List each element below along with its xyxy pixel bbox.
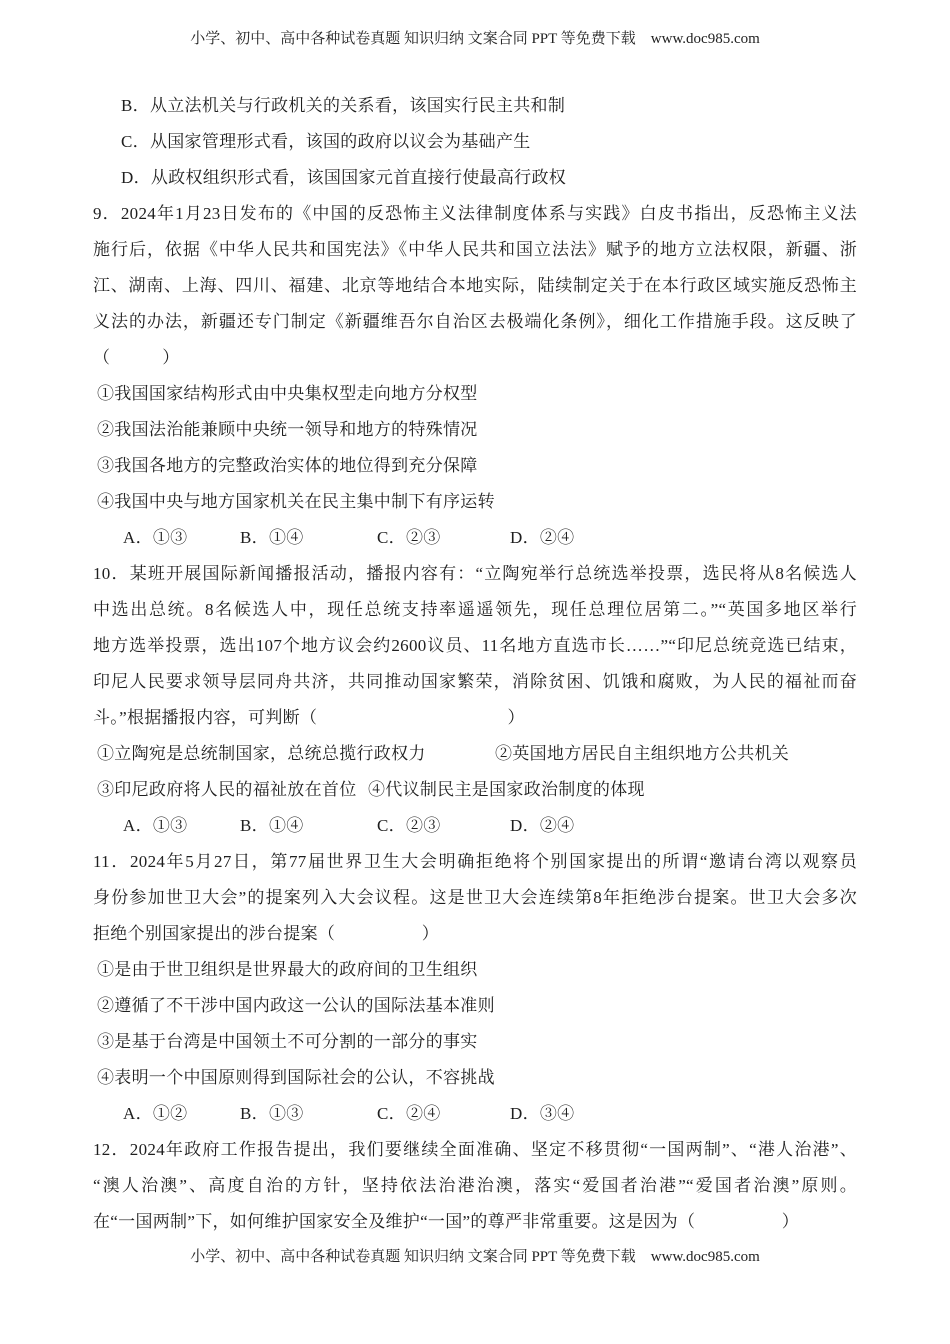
q10-stem-line: 地方选举投票，选出107个地方议会约2600议员、11名地方直选市长……”“印尼… [93,628,857,664]
q10-answer-b: B．①④ [240,808,377,844]
q10-stem-line: 印尼人民要求领导层同舟共济，共同推动国家繁荣，消除贫困、饥饿和腐败，为人民的福祉… [93,664,857,700]
q10-subitem-2: ②英国地方居民自主组织地方公共机关 [495,744,789,763]
header-site-url: www.doc985.com [651,31,760,47]
q11-answer-c: C．②④ [377,1096,510,1132]
q9-answer-c: C．②③ [377,520,510,556]
q11-answer-row: A．①②B．①③C．②④D．③④ [93,1096,857,1132]
header-site-text: 小学、初中、高中各种试卷真题 知识归纳 文案合同 PPT 等免费下载 [190,31,636,47]
footer-site-text: 小学、初中、高中各种试卷真题 知识归纳 文案合同 PPT 等免费下载 [190,1249,636,1265]
q12-stem-line: 12．2024年政府工作报告提出，我们要继续全面准确、坚定不移贯彻“一国两制”、… [93,1132,857,1168]
q8-option-c: C．从国家管理形式看，该国的政府以议会为基础产生 [93,124,857,160]
q9-stem-line: （ ） [93,340,857,376]
q10-stem-line: 斗。”根据播报内容，可判断（ ） [93,700,857,736]
q10-subitem-1: ①立陶宛是总统制国家，总统总揽行政权力 [97,736,495,772]
q9-stem-line: 义法的办法，新疆还专门制定《新疆维吾尔自治区去极端化条例》，细化工作措施手段。这… [93,304,857,340]
q9-subitem-3: ③我国各地方的完整政治实体的地位得到充分保障 [93,448,857,484]
q11-answer-a: A．①② [123,1096,240,1132]
q11-answer-b: B．①③ [240,1096,377,1132]
q9-subitem-1: ①我国国家结构形式由中央集权型走向地方分权型 [93,376,857,412]
page-header: 小学、初中、高中各种试卷真题 知识归纳 文案合同 PPT 等免费下载www.do… [0,0,950,48]
question-11: 11．2024年5月27日，第77届世界卫生大会明确拒绝将个别国家提出的所谓“邀… [93,844,857,1132]
q9-answer-b: B．①④ [240,520,377,556]
q8-option-b: B．从立法机关与行政机关的关系看，该国实行民主共和制 [93,88,857,124]
q9-subitem-2: ②我国法治能兼顾中央统一领导和地方的特殊情况 [93,412,857,448]
q9-stem-line: 施行后，依据《中华人民共和国宪法》《中华人民共和国立法法》赋予的地方立法权限，新… [93,232,857,268]
question-12: 12．2024年政府工作报告提出，我们要继续全面准确、坚定不移贯彻“一国两制”、… [93,1132,857,1240]
q10-answer-a: A．①③ [123,808,240,844]
exam-document-page: 小学、初中、高中各种试卷真题 知识归纳 文案合同 PPT 等免费下载www.do… [0,0,950,1266]
q11-subitem-3: ③是基于台湾是中国领土不可分割的一部分的事实 [93,1024,857,1060]
q10-subitem-4: ④代议制民主是国家政治制度的体现 [368,780,645,799]
page-footer: 小学、初中、高中各种试卷真题 知识归纳 文案合同 PPT 等免费下载www.do… [0,1249,950,1266]
q10-subitem-row: ③印尼政府将人民的福祉放在首位④代议制民主是国家政治制度的体现 [93,772,857,808]
q11-subitem-4: ④表明一个中国原则得到国际社会的公认，不容挑战 [93,1060,857,1096]
q9-stem-line: 江、湖南、上海、四川、福建、北京等地结合本地实际，陆续制定关于在本行政区域实施反… [93,268,857,304]
q9-subitem-4: ④我国中央与地方国家机关在民主集中制下有序运转 [93,484,857,520]
q11-stem-line: 11．2024年5月27日，第77届世界卫生大会明确拒绝将个别国家提出的所谓“邀… [93,844,857,880]
q9-answer-a: A．①③ [123,520,240,556]
q10-stem-line: 10．某班开展国际新闻播报活动，播报内容有：“立陶宛举行总统选举投票，选民将从8… [93,556,857,592]
q10-subitem-3: ③印尼政府将人民的福祉放在首位 [97,772,368,808]
question-9: 9．2024年1月23日发布的《中国的反恐怖主义法律制度体系与实践》白皮书指出，… [93,196,857,556]
q9-answer-row: A．①③B．①④C．②③D．②④ [93,520,857,556]
footer-site-url: www.doc985.com [651,1249,760,1265]
document-body: B．从立法机关与行政机关的关系看，该国实行民主共和制 C．从国家管理形式看，该国… [93,88,857,1240]
q10-subitem-row: ①立陶宛是总统制国家，总统总揽行政权力②英国地方居民自主组织地方公共机关 [93,736,857,772]
q10-answer-row: A．①③B．①④C．②③D．②④ [93,808,857,844]
q11-subitem-1: ①是由于世卫组织是世界最大的政府间的卫生组织 [93,952,857,988]
q10-answer-c: C．②③ [377,808,510,844]
q11-stem-line: 身份参加世卫大会”的提案列入大会议程。这是世卫大会连续第8年拒绝涉台提案。世卫大… [93,880,857,916]
q9-stem-line: 9．2024年1月23日发布的《中国的反恐怖主义法律制度体系与实践》白皮书指出，… [93,196,857,232]
question-10: 10．某班开展国际新闻播报活动，播报内容有：“立陶宛举行总统选举投票，选民将从8… [93,556,857,844]
q12-stem-line: 在“一国两制”下，如何维护国家安全及维护“一国”的尊严非常重要。这是因为（ ） [93,1204,857,1240]
q11-answer-d: D．③④ [510,1096,574,1132]
q10-answer-d: D．②④ [510,808,574,844]
q11-stem-line: 拒绝个别国家提出的涉台提案（ ） [93,916,857,952]
q8-option-d: D．从政权组织形式看，该国国家元首直接行使最高行政权 [93,160,857,196]
q10-stem-line: 中选出总统。8名候选人中，现任总统支持率遥遥领先，现任总理位居第二。”“英国多地… [93,592,857,628]
q12-stem-line: “澳人治澳”、高度自治的方针，坚持依法治港治澳，落实“爱国者治港”“爱国者治澳”… [93,1168,857,1204]
q9-answer-d: D．②④ [510,520,574,556]
q11-subitem-2: ②遵循了不干涉中国内政这一公认的国际法基本准则 [93,988,857,1024]
